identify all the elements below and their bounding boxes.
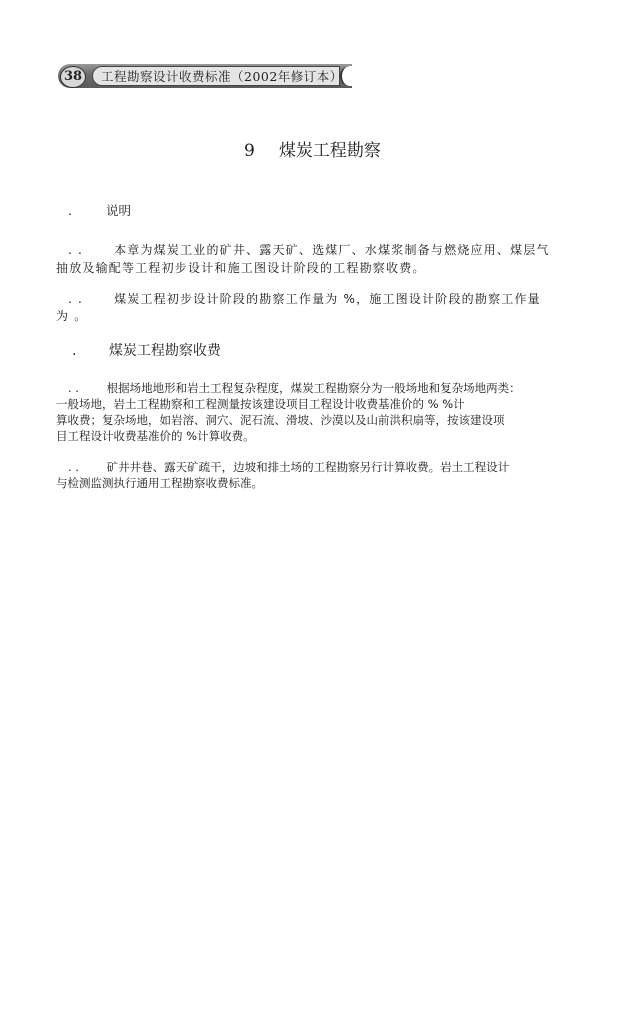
section-heading-description: . 说明 [68,201,131,219]
paragraph-line: . . 本章为煤炭工业的矿井、露天矿、选煤厂、水煤浆制备与燃烧应用、煤层气 [68,241,550,258]
clause-marker: . . [68,460,79,474]
section-heading-fees: . 煤炭工程勘察收费 [72,340,221,360]
paragraph-line: 为 。 [56,307,87,324]
banner-scroll-end [340,66,356,86]
chapter-title: 9煤炭工程勘察 [244,136,381,161]
section-marker: . [72,343,76,359]
page-number-badge: 38 [60,66,86,88]
section-marker: . [68,203,72,218]
paragraph-line: 目工程设计收费基准价的 %计算收费。 [56,428,255,444]
clause-marker: . . [68,381,79,395]
book-title: 工程勘察设计收费标准（2002年修订本） [92,66,340,86]
paragraph-line: 算收费；复杂场地，如岩溶、洞穴、泥石流、滑坡、沙漠以及山前洪积扇等，按该建设项 [56,412,505,428]
clause-marker: . . [68,292,83,306]
section-title: 煤炭工程勘察收费 [109,343,221,359]
paragraph-line: . . 根据场地地形和岩土工程复杂程度，煤炭工程勘察分为一般场地和复杂场地两类： [68,380,521,396]
paragraph-line: . . 矿井井巷、露天矿疏干，边坡和排土场的工程勘察另行计算收费。岩土工程设计 [68,459,509,475]
clause-marker: . . [68,243,83,257]
paragraph-line: 抽放及输配等工程初步设计和施工图设计阶段的工程勘察收费。 [56,259,426,276]
section-title: 说明 [106,203,131,218]
paragraph-line: 一般场地，岩土工程勘察和工程测量按该建设项目工程设计收费基准价的 % %计 [56,396,465,412]
paragraph-line: . . 煤炭工程初步设计阶段的勘察工作量为 %，施工图设计阶段的勘察工作量 [68,290,541,307]
chapter-number: 9 [244,141,255,161]
paragraph-line: 与检测监测执行通用工程勘察收费标准。 [56,475,263,491]
chapter-name: 煤炭工程勘察 [279,141,381,161]
